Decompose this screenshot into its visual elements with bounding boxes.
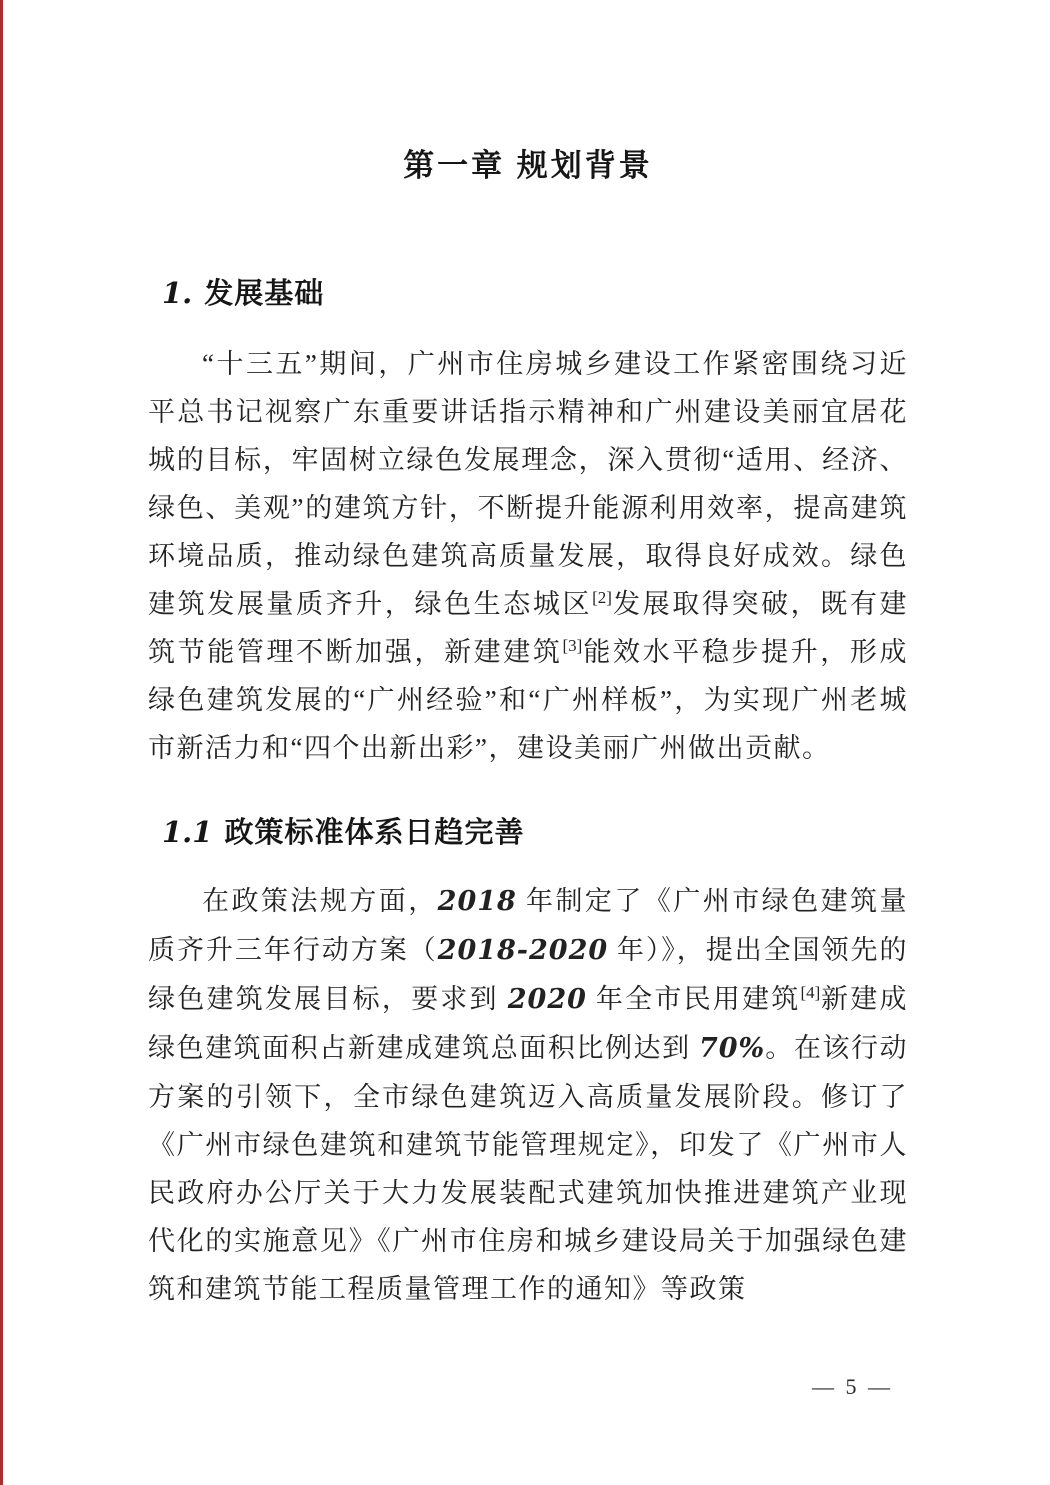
paragraph-development-basis: “十三五”期间，广州市住房城乡建设工作紧密围绕习近平总书记视察广东重要讲话指示精… xyxy=(148,340,908,772)
text-run-num: 2018 xyxy=(438,886,517,917)
document-page: 第一章 规划背景 1.发展基础 “十三五”期间，广州市住房城乡建设工作紧密围绕习… xyxy=(0,0,1050,1485)
text-run-plain: 在政策法规方面， xyxy=(202,886,438,916)
section-heading-1-1: 1.1政策标准体系日趋完善 xyxy=(148,810,908,855)
text-run-num: 2018-2020 xyxy=(438,935,609,966)
text-run-plain: 年全市民用建筑 xyxy=(587,984,801,1014)
text-run-num: 70% xyxy=(699,1033,765,1064)
section-heading-1: 1.发展基础 xyxy=(148,271,908,316)
paragraph-policy-standards: 在政策法规方面，2018 年制定了《广州市绿色建筑量质齐升三年行动方案（2018… xyxy=(148,877,908,1313)
scan-edge-line xyxy=(0,0,3,1485)
section-number: 1. xyxy=(162,276,192,310)
text-run-plain: “十三五”期间，广州市住房城乡建设工作紧密围绕习近平总书记视察广东重要讲话指示精… xyxy=(148,349,908,619)
text-run-sup: [3] xyxy=(563,636,583,655)
page-content: 第一章 规划背景 1.发展基础 “十三五”期间，广州市住房城乡建设工作紧密围绕习… xyxy=(148,0,908,1313)
chapter-title: 第一章 规划背景 xyxy=(148,140,908,185)
text-run-plain: 。在该行动方案的引领下，全市绿色建筑迈入高质量发展阶段。修订了《广州市绿色建筑和… xyxy=(148,1033,908,1304)
section-title: 发展基础 xyxy=(204,278,324,310)
section-title: 政策标准体系日趋完善 xyxy=(224,817,524,849)
page-number: — 5 — xyxy=(812,1374,893,1400)
text-run-sup: [2] xyxy=(592,588,612,607)
section-number: 1.1 xyxy=(162,815,212,849)
text-run-num: 2020 xyxy=(508,984,587,1015)
text-run-sup: [4] xyxy=(801,983,821,1002)
